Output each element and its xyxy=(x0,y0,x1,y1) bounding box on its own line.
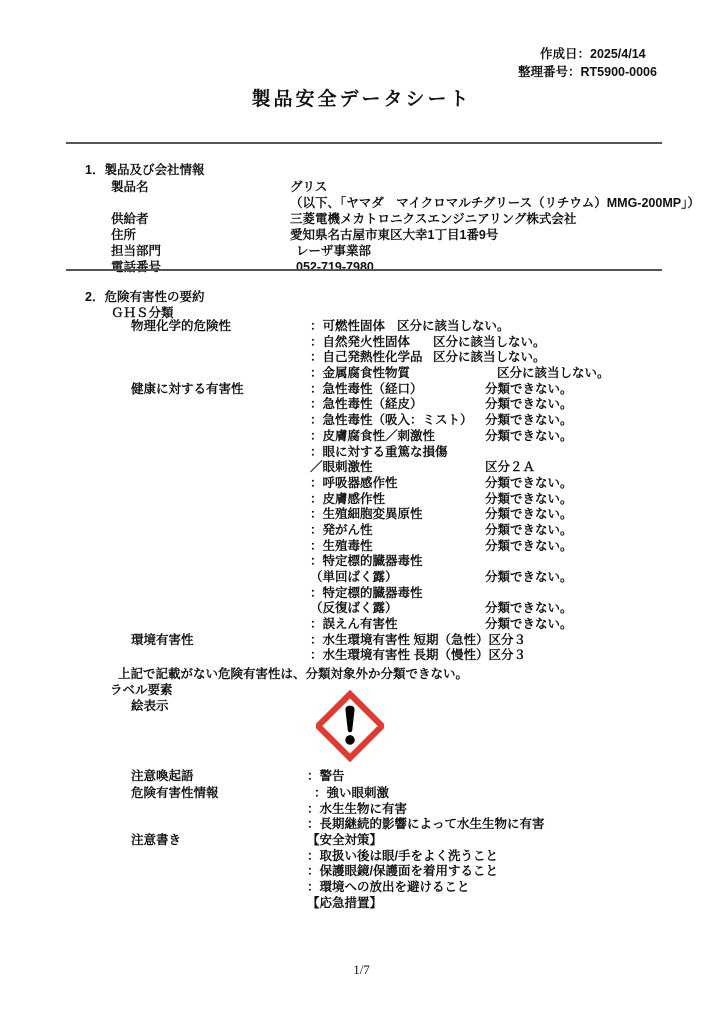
classification-row: ：金属腐食性物質 区分に該当しない。 xyxy=(0,366,723,382)
classification-result: 分類できない。 xyxy=(485,523,573,539)
classification-result: 分類できない。 xyxy=(485,397,573,413)
address-value: 愛知県名古屋市東区大幸1丁目1番9号 xyxy=(290,227,498,243)
classification-result: 分類できない。 xyxy=(485,413,573,429)
classification-row: ：眼に対する重篤な損傷 xyxy=(0,445,723,461)
hazard-statements-label: 危険有害性情報 xyxy=(131,786,219,802)
classification-row: ：水生環境有害性 長期（慢性）区分３ xyxy=(0,648,723,664)
classification-row: ：急性毒性（吸入：ミスト） 分類できない。 xyxy=(0,413,723,429)
classification-row: 環境有害性 ：水生環境有害性 短期（急性）区分３ xyxy=(0,633,723,649)
classification-row: ：急性毒性（経皮） 分類できない。 xyxy=(0,397,723,413)
precautionary-statement: ：取扱い後は眼/手をよく洗うこと xyxy=(307,849,498,865)
classification-row: ：皮膚感作性 分類できない。 xyxy=(0,492,723,508)
reference-number: 整理番号：RT5900-0006 xyxy=(518,62,657,80)
classification-result: 分類できない。 xyxy=(485,539,573,555)
hazard-class: ：水生環境有害性 短期（急性）区分３ xyxy=(310,633,526,649)
classification-row: ：特定標的臓器毒性 xyxy=(0,586,723,602)
classification-row: 健康に対する有害性 ：急性毒性（経口） 分類できない。 xyxy=(0,382,723,398)
precautionary-row: ：保護眼鏡/保護面を着用すること xyxy=(0,864,723,880)
classification-row: ：自己発熱性化学品 区分に該当しない。 xyxy=(0,350,723,366)
department-value: レーザ事業部 xyxy=(296,243,371,259)
address-row: 住所 愛知県名古屋市東区大幸1丁目1番9号 xyxy=(0,227,723,243)
classification-result: 分類できない。 xyxy=(485,382,573,398)
classification-result: 分類できない。 xyxy=(485,570,573,586)
classification-result: 分類できない。 xyxy=(485,601,573,617)
precautionary-label: 注意書き xyxy=(131,833,181,849)
hazard-statement-row: 危険有害性情報 ：強い眼刺激 xyxy=(0,786,723,802)
hazard-class: ：呼吸器感作性 xyxy=(310,476,398,492)
hazard-statement: ：長期継続的影響によって水生生物に有害 xyxy=(307,817,545,833)
classification-row: ：発がん性 分類できない。 xyxy=(0,523,723,539)
creation-date: 作成日：2025/4/14 xyxy=(540,44,646,62)
precautionary-statement: ：保護眼鏡/保護面を着用すること xyxy=(307,864,498,880)
hazard-category-label: 物理化学的危険性 xyxy=(131,319,231,335)
precautionary-row: 注意書き 【安全対策】 xyxy=(0,833,723,849)
classification-result: 分類できない。 xyxy=(485,507,573,523)
hazard-statement: ：水生生物に有害 xyxy=(307,802,407,818)
classification-row: ／眼刺激性 区分２Ａ xyxy=(0,460,723,476)
hazard-class: ：皮膚感作性 xyxy=(310,492,385,508)
hazard-class: ：水生環境有害性 長期（慢性）区分３ xyxy=(310,648,526,664)
section-1-heading: 1．製品及び会社情報 xyxy=(0,162,723,179)
hazard-category-label: 健康に対する有害性 xyxy=(131,382,244,398)
classification-row: ：誤えん有害性 分類できない。 xyxy=(0,617,723,633)
classification-result: 分類できない。 xyxy=(485,476,573,492)
precautionary-statement: 【応急措置】 xyxy=(307,896,382,912)
classification-row: ：自然発火性固体 区分に該当しない。 xyxy=(0,335,723,351)
hazard-class: ：生殖毒性 xyxy=(310,539,373,555)
classification-row: ：生殖毒性 分類できない。 xyxy=(0,539,723,555)
hazard-class: ：急性毒性（経皮） xyxy=(310,397,423,413)
hazard-class: ：生殖細胞変異原性 xyxy=(310,507,423,523)
hazard-class: ：金属腐食性物質 xyxy=(310,366,410,382)
section-product-company-info: 1．製品及び会社情報 製品名 グリス （以下、「ヤマダ マイクロマルチグリース（… xyxy=(0,162,723,275)
page-number: 1/7 xyxy=(0,962,723,978)
phone-row: 電話番号 052-719-7980 xyxy=(0,259,723,275)
hazard-class: ：発がん性 xyxy=(310,523,373,539)
department-row: 担当部門 レーザ事業部 xyxy=(0,243,723,259)
pictogram-label: 絵表示 xyxy=(131,696,169,714)
precautionary-row: ：取扱い後は眼/手をよく洗うこと xyxy=(0,849,723,865)
classification-row: 物理化学的危険性 ：可燃性固体 区分に該当しない。 xyxy=(0,319,723,335)
hazard-class: ：眼に対する重篤な損傷 xyxy=(310,445,448,461)
hazard-class: ：特定標的臓器毒性 xyxy=(310,586,423,602)
supplier-value: 三菱電機メカトロニクスエンジニアリング株式会社 xyxy=(290,211,576,227)
classification-result: 区分に該当しない。 xyxy=(433,335,546,351)
department-label: 担当部門 xyxy=(111,243,161,259)
signal-word-row: 注意喚起語 ：警告 xyxy=(0,766,723,786)
classification-result: 分類できない。 xyxy=(485,492,573,508)
supplier-row: 供給者 三菱電機メカトロニクスエンジニアリング株式会社 xyxy=(0,211,723,227)
precautionary-statement: ：環境への放出を避けること xyxy=(307,880,470,896)
hazard-class: ：皮膚腐食性／刺激性 xyxy=(310,429,435,445)
precautionary-statement: 【安全対策】 xyxy=(307,833,382,849)
hazard-statement-row: ：長期継続的影響によって水生生物に有害 xyxy=(0,817,723,833)
document-title: 製品安全データシート xyxy=(0,84,723,111)
ghs-classification-table: 物理化学的危険性 ：可燃性固体 区分に該当しない。 ：自然発火性固体 区分に該当… xyxy=(0,319,723,664)
signal-word-value: ：警告 xyxy=(307,766,345,786)
product-name-row: 製品名 グリス xyxy=(0,179,723,195)
classification-row: ：呼吸器感作性 分類できない。 xyxy=(0,476,723,492)
hazard-class: ：急性毒性（経口） xyxy=(310,382,423,398)
product-alias-row: （以下、「ヤマダ マイクロマルチグリース（リチウム）MMG-200MP」） xyxy=(0,195,723,211)
precautionary-row: ：環境への放出を避けること xyxy=(0,880,723,896)
hazard-class: ：誤えん有害性 xyxy=(310,617,398,633)
supplier-label: 供給者 xyxy=(111,211,149,227)
product-name-label: 製品名 xyxy=(111,179,149,195)
hazard-statement-row: ：水生生物に有害 xyxy=(0,802,723,818)
precautionary-row: 【応急措置】 xyxy=(0,896,723,912)
address-label: 住所 xyxy=(111,227,136,243)
ghs-exclamation-mark-icon xyxy=(316,690,384,762)
product-name-value: グリス xyxy=(290,179,327,195)
hazard-class: （反復ばく露） xyxy=(310,601,398,617)
classification-result: 分類できない。 xyxy=(485,617,573,633)
hazard-class: （単回ばく露） xyxy=(310,570,398,586)
hazard-class: ：可燃性固体 xyxy=(310,319,385,335)
phone-value: 052-719-7980 xyxy=(296,259,374,275)
classification-row: （反復ばく露） 分類できない。 xyxy=(0,601,723,617)
divider-top xyxy=(66,142,662,144)
hazard-class: ：自己発熱性化学品 xyxy=(310,350,423,366)
classification-row: ：皮膚腐食性／刺激性 分類できない。 xyxy=(0,429,723,445)
hazard-class: ／眼刺激性 xyxy=(310,460,373,476)
hazard-class: ：特定標的臓器毒性 xyxy=(310,554,423,570)
product-alias-value: （以下、「ヤマダ マイクロマルチグリース（リチウム）MMG-200MP」） xyxy=(290,195,700,211)
divider-section1-bottom xyxy=(66,269,662,271)
hazard-category-label: 環境有害性 xyxy=(131,633,194,649)
classification-result: 分類できない。 xyxy=(485,429,573,445)
phone-label: 電話番号 xyxy=(111,259,161,275)
classification-result: 区分に該当しない。 xyxy=(433,350,546,366)
classification-result: 区分に該当しない。 xyxy=(497,366,610,382)
signal-word-label: 注意喚起語 xyxy=(131,766,194,786)
classification-result: 区分２Ａ xyxy=(485,460,535,476)
classification-row: ：特定標的臓器毒性 xyxy=(0,554,723,570)
label-elements-block: 注意喚起語 ：警告 危険有害性情報 ：強い眼刺激 ：水生生物に有害 ：長期継続的… xyxy=(0,766,723,912)
hazard-statement: ：強い眼刺激 xyxy=(314,786,389,802)
classification-row: （単回ばく露） 分類できない。 xyxy=(0,570,723,586)
classification-row: ：生殖細胞変異原性 分類できない。 xyxy=(0,507,723,523)
classification-result: 区分に該当しない。 xyxy=(397,319,510,335)
hazard-class: ：急性毒性（吸入：ミスト） xyxy=(310,413,473,429)
hazard-class: ：自然発火性固体 xyxy=(310,335,410,351)
sds-document-page: 作成日：2025/4/14 整理番号：RT5900-0006 製品安全データシー… xyxy=(0,0,723,1024)
